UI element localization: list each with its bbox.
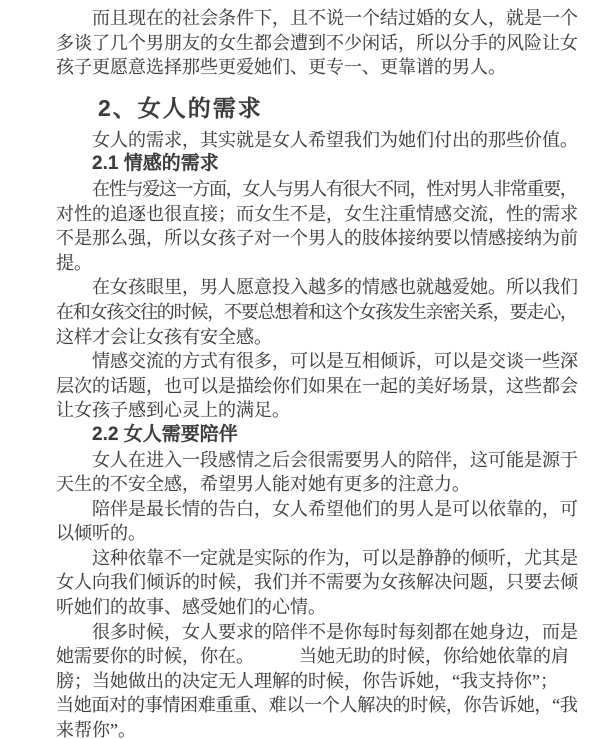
paragraph: 在性与爱这一方面，女人与男人有很大不同，性对男人非常重要，对性的追逐也很直接；而… [56,177,578,275]
section-heading: 2、女人的需求 [56,94,578,122]
paragraph: 这种依靠不一定就是实际的作为，可以是静静的倾听，尤其是女人向我们倾诉的时候，我们… [56,546,578,620]
text-line: 在女孩眼里，男人愿意投入越多的情感也就越爱她。所以我们 [56,275,578,300]
subsection-heading: 2.1 情感的需求 [56,152,578,177]
text-line: 膀；当她做出的决定无人理解的时候，你告诉她，“我支持你”； [56,669,578,694]
paragraph: 很多时候，女人要求的陪伴不是你每时每刻都在她身边，而是她需要你的时候，你在。 当… [56,620,578,739]
text-line: 她需要你的时候，你在。 当她无助的时候，你给她依靠的肩 [56,644,578,669]
text-line: 陪伴是最长情的告白，女人希望他们的男人是可以依靠的，可 [56,497,578,522]
paragraph: 女人的需求，其实就是女人希望我们为她们付出的那些价值。 [56,128,578,153]
text-line: 在性与爱这一方面，女人与男人有很大不同，性对男人非常重要， [56,177,578,202]
text-line: 天生的不安全感，希望男人能对她有更多的注意力。 [56,472,578,497]
scanned-document-page: 而且现在的社会条件下，且不说一个结过婚的女人，就是一个多谈了几个男朋友的女生都会… [0,0,600,739]
text-line: 女人在进入一段感情之后会很需要男人的陪伴，这可能是源于 [56,448,578,473]
text-line: 情感交流的方式有很多，可以是互相倾诉，可以是交谈一些深 [56,349,578,374]
text-line: 女人的需求，其实就是女人希望我们为她们付出的那些价值。 [56,128,578,153]
text-line: 而且现在的社会条件下，且不说一个结过婚的女人，就是一个 [56,6,578,31]
text-line: 很多时候，女人要求的陪伴不是你每时每刻都在她身边，而是 [56,620,578,645]
paragraph: 而且现在的社会条件下，且不说一个结过婚的女人，就是一个多谈了几个男朋友的女生都会… [56,6,578,80]
text-line: 对性的追逐也很直接；而女生不是，女生注重情感交流，性的需求 [56,202,578,227]
paragraph: 女人在进入一段感情之后会很需要男人的陪伴，这可能是源于天生的不安全感，希望男人能… [56,448,578,497]
text-line: 层次的话题，也可以是描绘你们如果在一起的美好场景，这些都会 [56,374,578,399]
text-line: 这种依靠不一定就是实际的作为，可以是静静的倾听，尤其是 [56,546,578,571]
text-line: 来帮你”。 [56,718,578,739]
text-line: 在和女孩交往的时候，不要总想着和这个女孩发生亲密关系，要走心， [56,300,578,325]
paragraph: 情感交流的方式有很多，可以是互相倾诉，可以是交谈一些深层次的话题，也可以是描绘你… [56,349,578,423]
text-line: 不是那么强，所以女孩子对一个男人的肢体接纳要以情感接纳为前 [56,226,578,251]
text-line: 多谈了几个男朋友的女生都会遭到不少闲话，所以分手的风险让女 [56,31,578,56]
text-line: 提。 [56,251,578,276]
text-line: 女人向我们倾诉的时候，我们并不需要为女孩解决问题，只要去倾 [56,570,578,595]
subsection-heading: 2.2 女人需要陪伴 [56,423,578,448]
text-line: 让女孩子感到心灵上的满足。 [56,398,578,423]
text-line: 孩子更愿意选择那些更爱她们、更专一、更靠谱的男人。 [56,55,578,80]
text-line: 当她面对的事情困难重重、难以一个人解决的时候，你告诉她，“我 [56,693,578,718]
text-line: 听她们的故事、感受她们的心情。 [56,595,578,620]
text-line: 以倾听的。 [56,521,578,546]
paragraph: 陪伴是最长情的告白，女人希望他们的男人是可以依靠的，可以倾听的。 [56,497,578,546]
paragraph: 在女孩眼里，男人愿意投入越多的情感也就越爱她。所以我们在和女孩交往的时候，不要总… [56,275,578,349]
text-line: 这样才会让女孩有安全感。 [56,325,578,350]
